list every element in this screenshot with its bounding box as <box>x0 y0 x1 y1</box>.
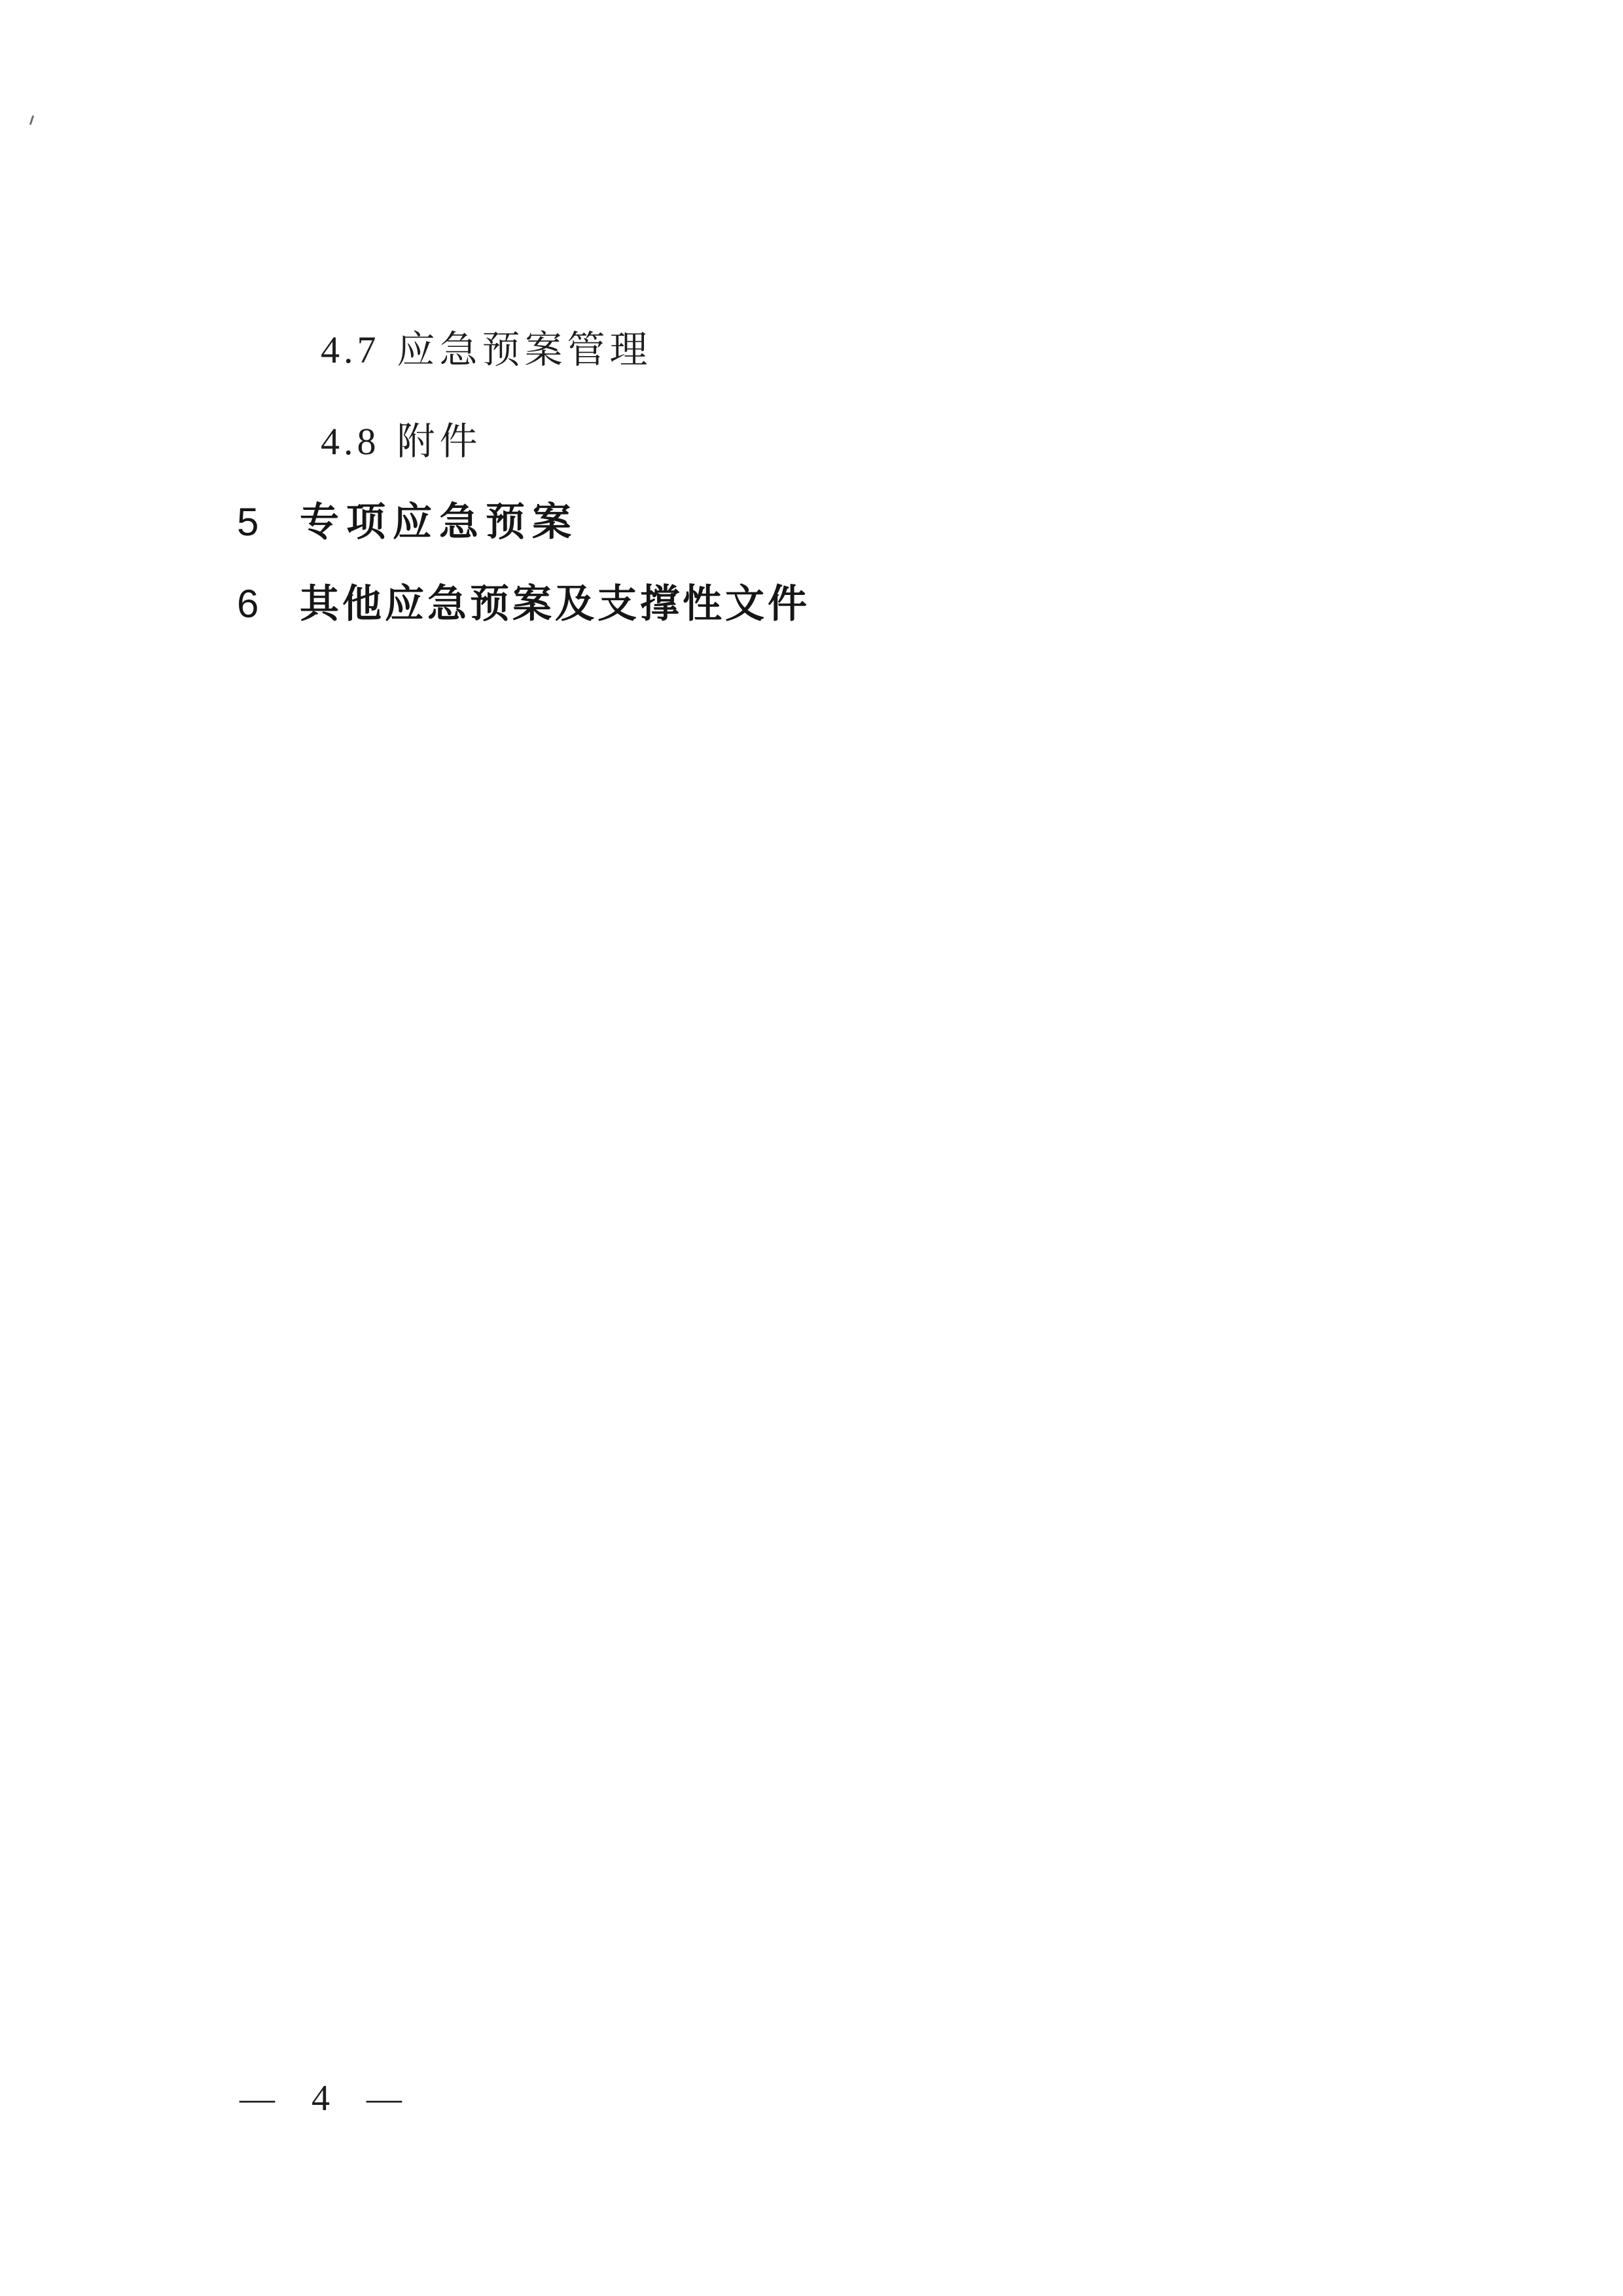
toc-entry-4-7: 4.7应急预案管理 <box>321 331 652 369</box>
scan-artifact-mark <box>29 115 34 125</box>
toc-entry-number: 4.8 <box>321 420 380 463</box>
toc-entry-label: 应急预案管理 <box>397 329 652 371</box>
toc-entry-number: 6 <box>237 584 300 624</box>
footer-left-dash: — <box>240 2081 275 2116</box>
toc-entry-5: 5专项应急预案 <box>237 503 579 542</box>
toc-entry-6: 6其他应急预案及支撑性文件 <box>237 584 810 624</box>
toc-entry-label: 附件 <box>397 420 482 463</box>
document-page: 4.7应急预案管理 4.8附件 5专项应急预案 6其他应急预案及支撑性文件 — … <box>0 0 1623 2296</box>
footer-right-dash: — <box>366 2081 402 2116</box>
toc-entry-number: 4.7 <box>321 329 380 371</box>
toc-entry-4-8: 4.8附件 <box>321 423 482 461</box>
toc-entry-number: 5 <box>237 503 300 542</box>
toc-entry-label: 其他应急预案及支撑性文件 <box>300 582 810 626</box>
page-number: 4 <box>312 2080 330 2117</box>
toc-entry-label: 专项应急预案 <box>300 500 579 544</box>
page-number-footer: — 4 — <box>240 2080 402 2117</box>
